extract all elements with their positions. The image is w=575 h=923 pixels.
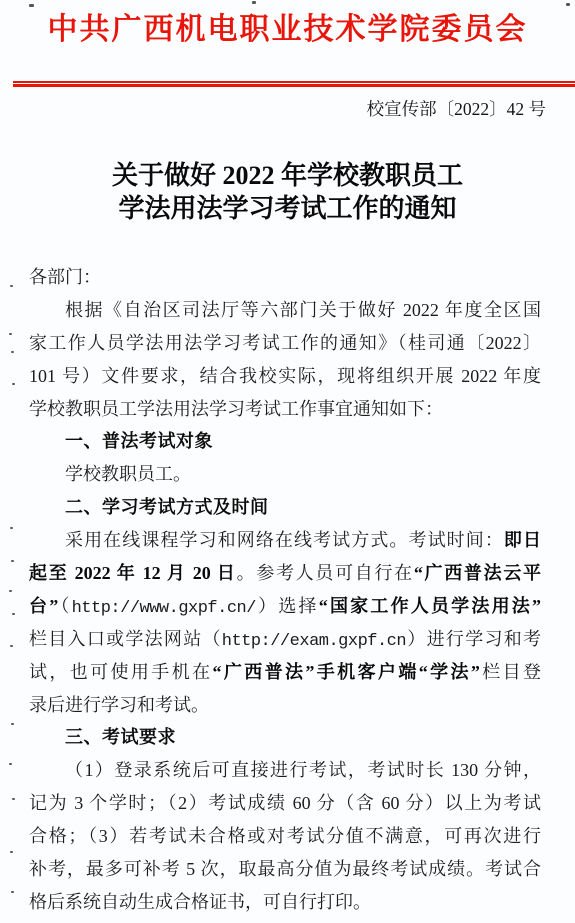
section-heading-line: 二、学习考试方式及时间 [29, 491, 541, 524]
scan-artifact-speck [252, 1, 256, 4]
emphasized-text: 三、考试要求 [65, 727, 176, 747]
body-text-line: 台”（http://www.gxpf.cn/）选择“国家工作人员学法用法” [29, 590, 541, 623]
body-text-line: （1）登录系统后可直接进行考试，考试时长 130 分钟， [29, 754, 541, 787]
url-text: http://www.gxpf.cn/ [72, 599, 256, 618]
plain-text: 记为 3 个学时；（2）考试成绩 60 分（含 60 分）以上为考试 [29, 793, 541, 813]
emphasized-text: 即日 [504, 530, 541, 550]
plain-text: 。参考人员可自行在 [237, 563, 414, 583]
plain-text: 101 号）文件要求，结合我校实际，现将组织开展 2022 年度 [29, 366, 541, 386]
scan-artifact-speck [9, 590, 12, 592]
scan-artifact-speck [11, 351, 14, 353]
plain-text: 根据《自治区司法厅等六部门关于做好 2022 年度全区国 [65, 300, 541, 320]
document-number: 校宣传部〔2022〕42 号 [0, 97, 575, 121]
emphasized-text: 起至 2022 年 12 月 20 日 [29, 563, 237, 583]
emphasized-text: “国家工作人员学法用法” [319, 596, 541, 616]
emphasized-text: “广西普法云平 [414, 563, 541, 583]
scan-artifact-speck [9, 333, 12, 335]
plain-text: 合格；（3）若考试未合格或对考试分值不满意，可再次进行 [29, 826, 541, 846]
plain-text: （1）登录系统后可直接进行考试，考试时长 130 分钟， [65, 760, 541, 780]
scan-artifact-speck [12, 613, 15, 615]
plain-text: 试，也可使用手机在 [29, 662, 212, 682]
plain-text: （ [58, 596, 71, 616]
scan-artifact-speck [10, 527, 13, 529]
body-text-line: 各部门： [29, 261, 541, 294]
body-text-line: 合格；（3）若考试未合格或对考试分值不满意，可再次进行 [29, 820, 541, 853]
scan-artifact-speck [9, 763, 12, 765]
notice-title-line-2: 学法用法学习考试工作的通知 [0, 192, 575, 225]
scan-artifact-speck [11, 560, 14, 562]
body-text-line: 试，也可使用手机在“广西普法”手机客户端“学法”栏目登 [29, 656, 541, 689]
emphasized-text: 一、普法考试对象 [65, 431, 213, 451]
red-header-separator-line [13, 81, 575, 87]
plain-text: 采用在线课程学习和网络在线考试方式。考试时间： [65, 530, 504, 550]
section-heading-line: 三、考试要求 [29, 721, 541, 754]
notice-title-line-1: 关于做好 2022 年学校教职员工 [0, 159, 575, 192]
body-text-line: 采用在线课程学习和网络在线考试方式。考试时间：即日 [29, 524, 541, 557]
plain-text: 录后进行学习和考试。 [29, 695, 209, 715]
scan-artifact-speck [10, 851, 13, 853]
body-text-line: 学校教职员工。 [29, 458, 541, 491]
url-text: http://exam.gxpf.cn [222, 632, 406, 651]
scan-artifact-speck [10, 285, 13, 287]
emphasized-text: 二、学习考试方式及时间 [65, 497, 269, 517]
emphasized-text: 台” [29, 596, 58, 616]
plain-text: 栏目登 [480, 662, 541, 682]
notice-document-page: 中共广西机电职业技术学院委员会 校宣传部〔2022〕42 号 关于做好 2022… [0, 0, 575, 923]
body-text-line: 101 号）文件要求，结合我校实际，现将组织开展 2022 年度 [29, 360, 541, 393]
plain-text: 学校教职员工。 [65, 464, 191, 484]
body-text-line: 栏目入口或学法网站（http://exam.gxpf.cn）进行学习和考 [29, 623, 541, 656]
scan-artifact-speck [11, 891, 14, 893]
red-header-org-title: 中共广西机电职业技术学院委员会 [0, 0, 575, 50]
body-text-line: 起至 2022 年 12 月 20 日。参考人员可自行在“广西普法云平 [29, 557, 541, 590]
plain-text: 补考，最多可补考 5 次，取最高分值为最终考试成绩。考试合 [29, 859, 541, 879]
plain-text: 栏目入口或学法网站（ [29, 629, 222, 649]
plain-text: 家工作人员学法用法学习考试工作的通知》（桂司通〔2022〕 [29, 333, 541, 353]
scan-artifact-speck [12, 383, 15, 385]
plain-text: 学校教职员工学法用法学习考试工作事宜通知如下： [29, 399, 443, 419]
plain-text: ）选择 [256, 596, 319, 616]
body-text-line: 录后进行学习和考试。 [29, 689, 541, 722]
scan-artifact-speck [566, 3, 570, 6]
body-text-line: 学校教职员工学法用法学习考试工作事宜通知如下： [29, 393, 541, 426]
scan-artifact-speck [11, 723, 14, 725]
plain-text: 各部门： [29, 267, 101, 287]
scan-artifact-speck [12, 798, 15, 800]
plain-text: ）进行学习和考 [406, 629, 541, 649]
section-heading-line: 一、普法考试对象 [29, 425, 541, 458]
notice-body: 各部门：根据《自治区司法厅等六部门关于做好 2022 年度全区国家工作人员学法用… [0, 261, 575, 919]
scan-artifact-speck [10, 645, 13, 647]
notice-title: 关于做好 2022 年学校教职员工 学法用法学习考试工作的通知 [0, 159, 575, 225]
body-text-line: 根据《自治区司法厅等六部门关于做好 2022 年度全区国 [29, 294, 541, 327]
body-text-line: 补考，最多可补考 5 次，取最高分值为最终考试成绩。考试合 [29, 853, 541, 886]
body-text-line: 家工作人员学法用法学习考试工作的通知》（桂司通〔2022〕 [29, 327, 541, 360]
body-text-line: 格后系统自动生成合格证书，可自行打印。 [29, 886, 541, 919]
scan-artifact-speck [29, 4, 34, 7]
plain-text: 格后系统自动生成合格证书，可自行打印。 [29, 892, 371, 912]
body-text-line: 记为 3 个学时；（2）考试成绩 60 分（含 60 分）以上为考试 [29, 787, 541, 820]
emphasized-text: “广西普法”手机客户端“学法” [212, 662, 479, 682]
